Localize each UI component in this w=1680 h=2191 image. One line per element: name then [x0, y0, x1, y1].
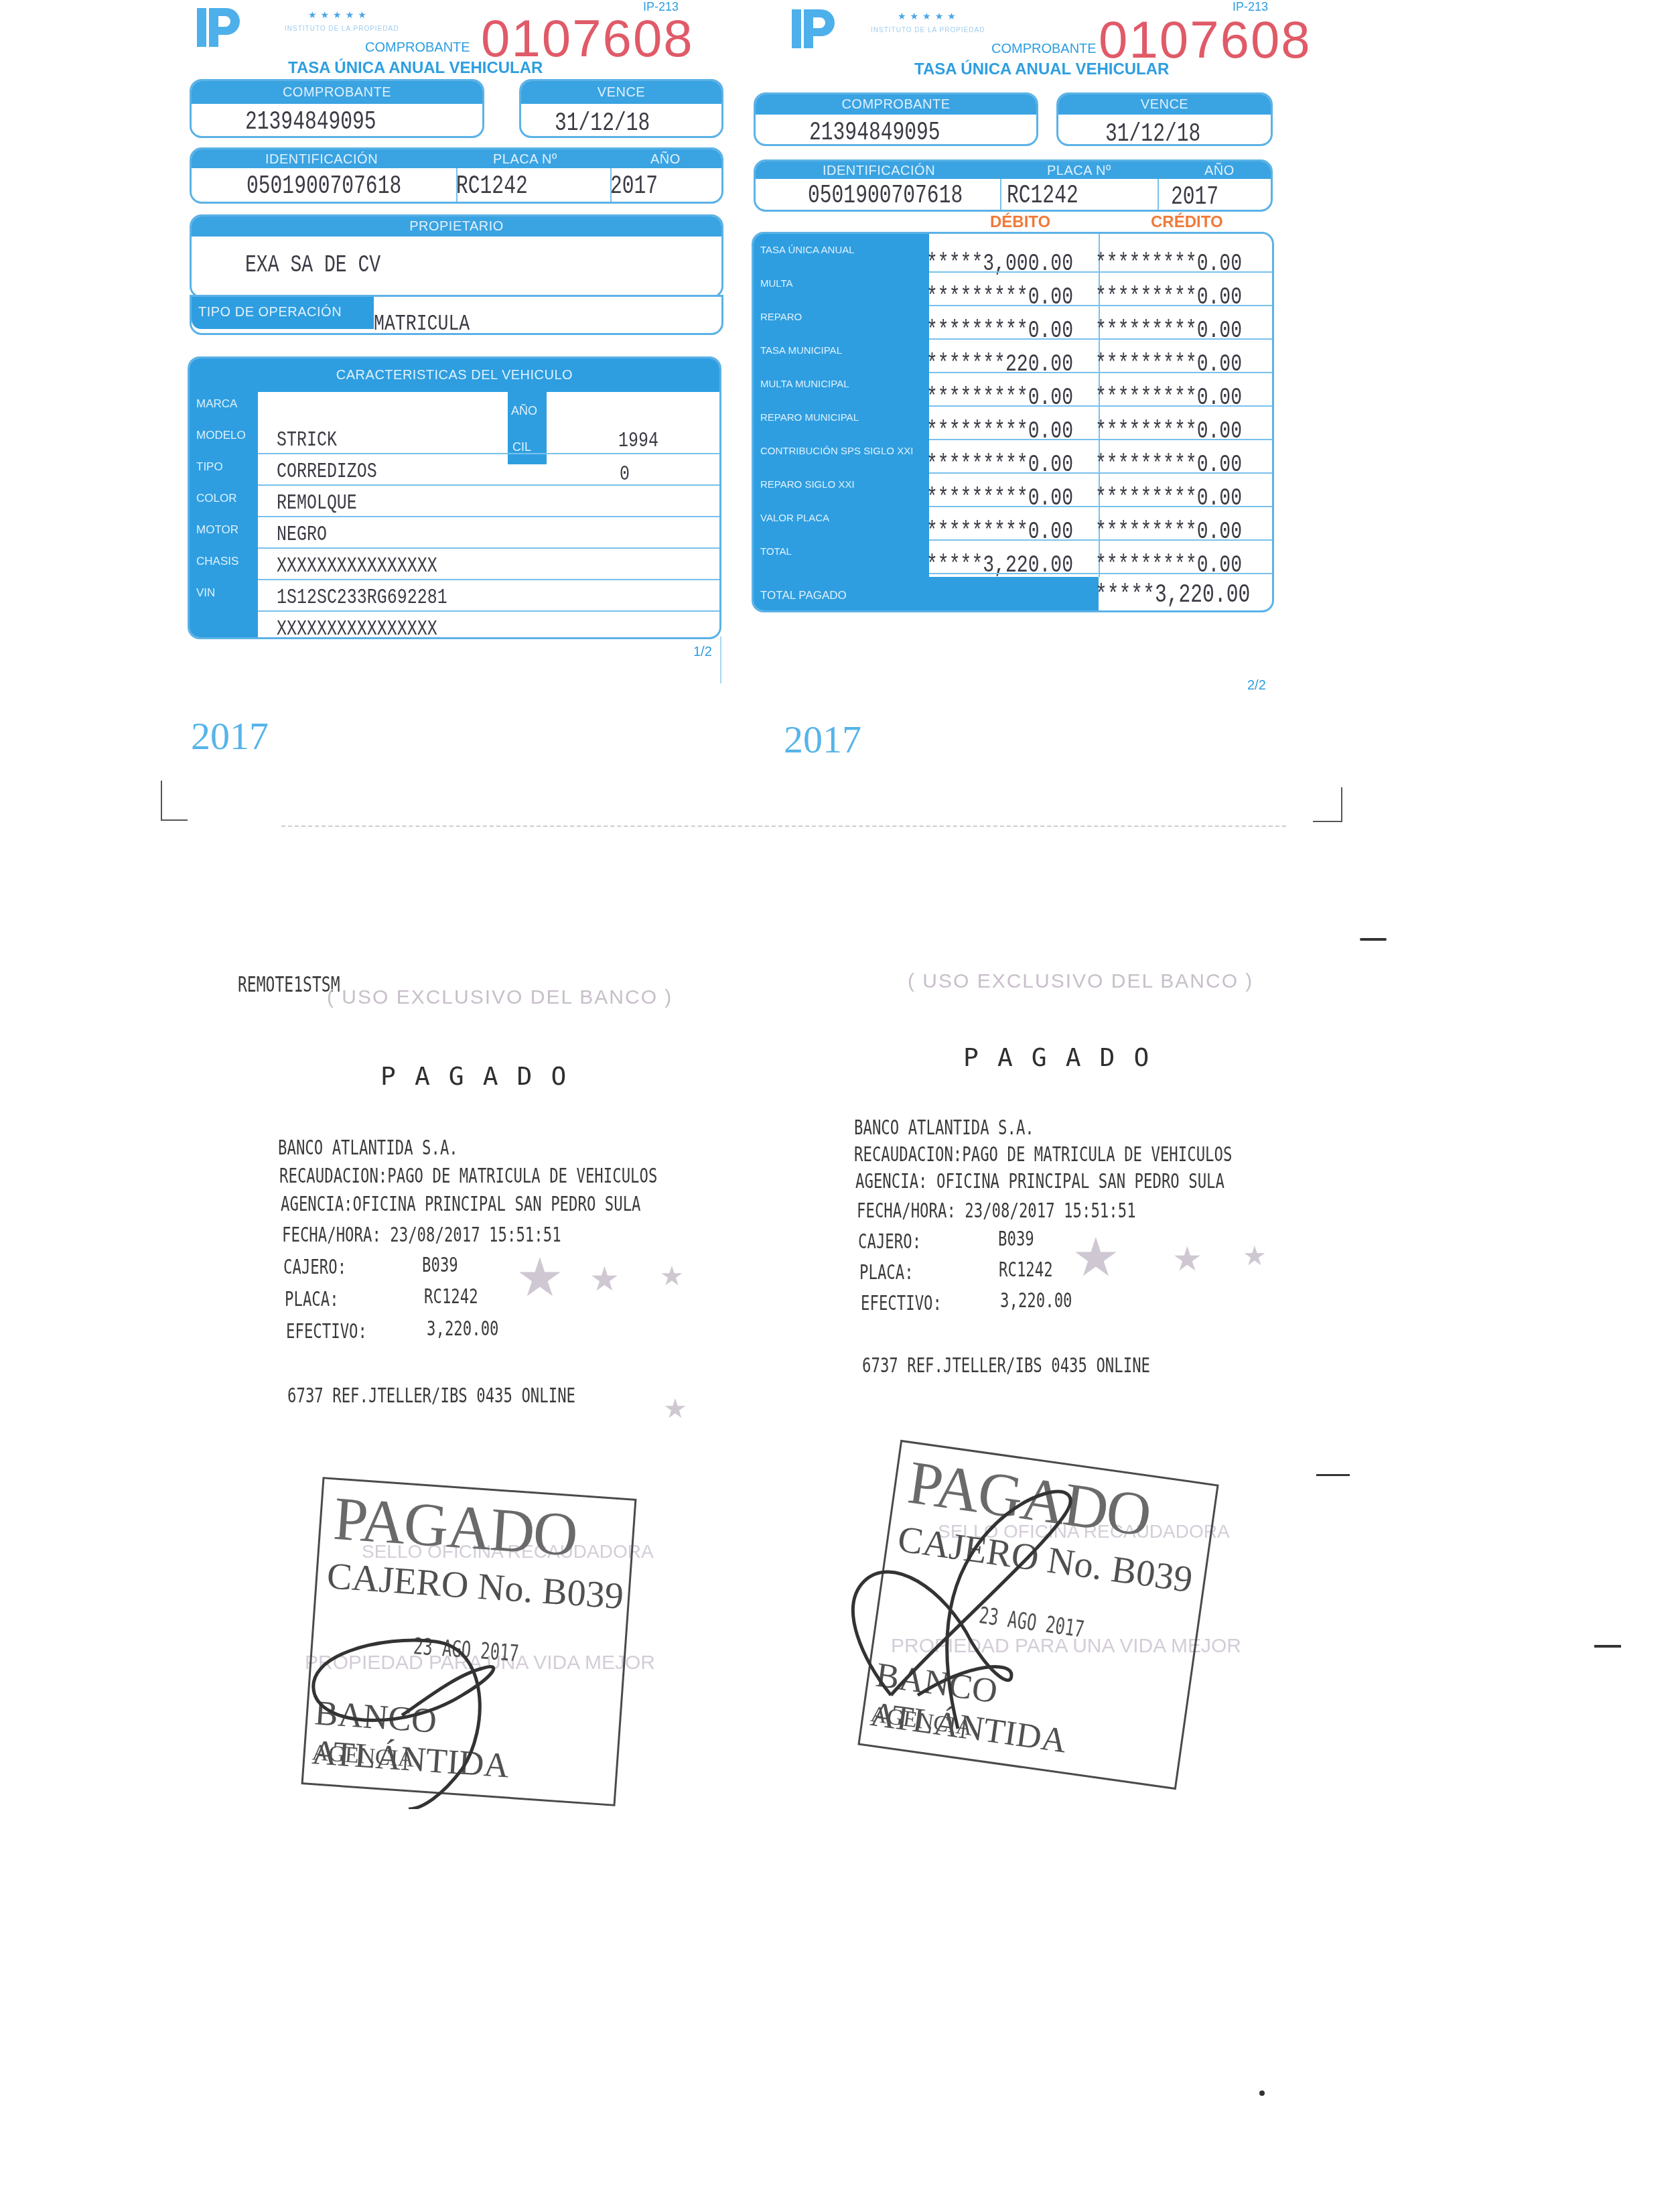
ledger-credito: *********0.00: [1095, 484, 1242, 512]
vehiculo-field-value: CORREDIZOS: [277, 459, 377, 484]
efectivo-value: 3,220.00: [427, 1317, 499, 1341]
vehiculo-field-label: MOTOR: [196, 523, 238, 537]
placa-label: PLACA Nº: [1047, 163, 1111, 179]
ledger-row-label: CONTRIBUCIÓN SPS SIGLO XXI: [760, 446, 913, 457]
ledger-debito: *****3,000.00: [926, 250, 1073, 277]
ledger-row-label: MULTA MUNICIPAL: [760, 379, 849, 390]
ledger-debito: *********0.00: [926, 518, 1073, 545]
vence-box: VENCE 31/12/18: [519, 79, 723, 138]
comprobante-label: COMPROBANTE: [365, 40, 470, 56]
ledger-row-label: REPARO MUNICIPAL: [760, 412, 859, 423]
ledger-row-label: REPARO: [760, 312, 802, 323]
vehiculo-field-label: VIN: [196, 586, 215, 600]
vehiculo-field-label: COLOR: [196, 492, 236, 505]
ledger-credito: *********0.00: [1095, 384, 1242, 411]
comprobante-label: COMPROBANTE: [991, 42, 1097, 57]
reference: 6737 REF.JTELLER/IBS 0435 ONLINE: [287, 1384, 575, 1408]
ledger-credito: *********0.00: [1095, 551, 1242, 579]
crop-mark: [161, 819, 188, 821]
vehiculo-anio-label: AÑO: [511, 404, 537, 418]
ledger-debito: *****3,220.00: [926, 551, 1073, 579]
star-icon: ★: [660, 1261, 684, 1292]
efectivo-label: EFECTIVO:: [286, 1319, 367, 1343]
vehiculo-field-value: 1S12SC233RG692281: [277, 585, 447, 610]
total-pagado-label: TOTAL PAGADO: [760, 589, 847, 602]
row-divider: [258, 484, 721, 486]
row-divider: [258, 516, 721, 517]
institution-name: INSTITUTO DE LA PROPIEDAD: [871, 27, 985, 34]
vehiculo-cil-label: CIL: [512, 440, 531, 454]
slip-line: AGENCIA:OFICINA PRINCIPAL SAN PEDRO SULA: [281, 1192, 641, 1216]
placa-label: PLACA Nº: [493, 152, 557, 168]
slip-line: AGENCIA: OFICINA PRINCIPAL SAN PEDRO SUL…: [855, 1169, 1224, 1193]
slip-line: BANCO ATLANTIDA S.A.: [854, 1116, 1034, 1140]
cut-line: [281, 825, 1286, 827]
star-icon: ★: [1172, 1240, 1202, 1278]
vehiculo-field-label: MODELO: [196, 429, 246, 442]
comprobante-box: COMPROBANTE 21394849095: [190, 79, 484, 138]
ledger-row-label: TASA ÚNICA ANUAL: [760, 245, 855, 256]
anio-label: AÑO: [650, 152, 681, 168]
vehiculo-anio-value: 1994: [618, 428, 658, 453]
ip-logo-icon: [789, 4, 845, 51]
scan-speck: [1360, 938, 1387, 941]
scan-speck: [1594, 1645, 1621, 1648]
terminal-id: REMOTE1STSM: [238, 972, 340, 997]
identificacion-value: 0501900707618: [808, 182, 963, 210]
vehiculo-field-value: XXXXXXXXXXXXXXXX: [277, 616, 437, 639]
ledger-debito: *********0.00: [926, 384, 1073, 411]
vehiculo-box: CARACTERISTICAS DEL VEHICULO AÑO CIL 199…: [188, 356, 721, 639]
star-icon: ★: [516, 1246, 564, 1309]
row-divider: [258, 453, 721, 454]
vence-box-label: VENCE: [1141, 97, 1188, 113]
reference: 6737 REF.JTELLER/IBS 0435 ONLINE: [862, 1353, 1150, 1378]
slip-line: FECHA/HORA: 23/08/2017 15:51:51: [282, 1223, 561, 1247]
anio-value: 2017: [610, 172, 658, 201]
efectivo-label: EFECTIVO:: [861, 1291, 942, 1315]
efectivo-value: 3,220.00: [1000, 1288, 1072, 1313]
slip-line: FECHA/HORA: 23/08/2017 15:51:51: [857, 1199, 1136, 1223]
star-icon: ★: [663, 1394, 687, 1424]
vehiculo-field-label: MARCA: [196, 397, 237, 411]
ledger-debito: *********0.00: [926, 317, 1073, 344]
identification-box: IDENTIFICACIÓN PLACA Nº AÑO 050190070761…: [190, 147, 723, 204]
placa-value: RC1242: [1007, 182, 1078, 210]
cajero-value: B039: [998, 1227, 1034, 1251]
year-watermark: 2017: [191, 714, 269, 758]
cajero-value: B039: [422, 1253, 458, 1277]
ledger-row-label: TOTAL: [760, 546, 792, 557]
vence-box: VENCE 31/12/18: [1056, 92, 1273, 146]
stars-icon: ★★★★★: [308, 9, 370, 21]
comprobante-value: 21394849095: [245, 108, 376, 137]
comprobante-box-label: COMPROBANTE: [841, 97, 950, 113]
crop-mark: [161, 781, 162, 821]
ip-logo-icon: [194, 3, 251, 50]
ledger-debito: *********0.00: [926, 283, 1073, 311]
propietario-label: PROPIETARIO: [409, 219, 504, 235]
comprobante-value: 21394849095: [809, 119, 940, 146]
vehiculo-field-label: TIPO: [196, 460, 223, 474]
page-indicator: 1/2: [693, 645, 712, 660]
ledger-debito: *********0.00: [926, 451, 1073, 478]
identificacion-value: 0501900707618: [247, 172, 401, 201]
row-divider: [258, 547, 721, 549]
ledger-debito: *******220.00: [926, 350, 1073, 378]
slip-line: RECAUDACION:PAGO DE MATRICULA DE VEHICUL…: [279, 1164, 657, 1188]
institution-name: INSTITUTO DE LA PROPIEDAD: [285, 25, 399, 33]
vence-value: 31/12/18: [555, 109, 650, 138]
propietario-value: EXA SA DE CV: [245, 251, 380, 279]
crop-mark: [1313, 821, 1342, 822]
identificacion-label: IDENTIFICACIÓN: [823, 163, 935, 179]
form-title: TASA ÚNICA ANUAL VEHICULAR: [288, 59, 543, 78]
propietario-box: PROPIETARIO EXA SA DE CV: [190, 214, 723, 298]
ledger-table: TASA ÚNICA ANUAL*****3,000.00*********0.…: [752, 232, 1274, 612]
tipo-operacion-label: TIPO DE OPERACIÓN: [198, 305, 342, 320]
vehiculo-title: CARACTERISTICAS DEL VEHICULO: [190, 368, 719, 383]
ledger-row-label: MULTA: [760, 278, 793, 289]
vence-box-label: VENCE: [598, 85, 645, 101]
crop-mark: [1341, 787, 1342, 822]
vehiculo-field-value: REMOLQUE: [277, 490, 357, 515]
form-title: TASA ÚNICA ANUAL VEHICULAR: [914, 60, 1169, 79]
star-icon: ★: [589, 1260, 620, 1299]
star-icon: ★: [1243, 1241, 1267, 1272]
vehiculo-cil-value: 0: [620, 462, 630, 486]
ledger-credito: *********0.00: [1095, 283, 1242, 311]
year-watermark: 2017: [784, 717, 861, 762]
slip-line: RECAUDACION:PAGO DE MATRICULA DE VEHICUL…: [854, 1142, 1232, 1167]
vehiculo-field-value: STRICK: [277, 427, 337, 452]
star-icon: ★: [1072, 1226, 1120, 1288]
vence-value: 31/12/18: [1105, 120, 1200, 146]
ledger-credito: *********0.00: [1095, 250, 1242, 277]
row-divider: [258, 610, 721, 612]
stars-icon: ★★★★★: [898, 11, 960, 22]
tipo-operacion-value: MATRICULA: [374, 312, 470, 335]
slip-line: BANCO ATLANTIDA S.A.: [278, 1136, 458, 1160]
scan-speck: [1259, 2090, 1265, 2096]
tipo-operacion-box: TIPO DE OPERACIÓN MATRICULA: [190, 295, 723, 335]
credito-label: CRÉDITO: [1151, 213, 1223, 232]
status-paid: PAGADO: [380, 1061, 585, 1091]
scan-speck: [1316, 1474, 1350, 1476]
ledger-credito: *********0.00: [1095, 317, 1242, 344]
ledger-credito: *********0.00: [1095, 350, 1242, 378]
ledger-credito: *********0.00: [1095, 451, 1242, 478]
identification-box: IDENTIFICACIÓN PLACA Nº AÑO 050190070761…: [754, 159, 1273, 212]
ledger-row-label: REPARO SIGLO XXI: [760, 479, 855, 490]
bank-use-only: ( USO EXCLUSIVO DEL BANCO ): [908, 970, 1253, 993]
ledger-debito: *********0.00: [926, 417, 1073, 445]
vehiculo-field-value: XXXXXXXXXXXXXXXX: [277, 553, 437, 578]
bank-use-only: ( USO EXCLUSIVO DEL BANCO ): [327, 986, 673, 1009]
ledger-debito: *********0.00: [926, 484, 1073, 512]
page-indicator: 2/2: [1247, 678, 1266, 693]
ledger-row-label: TASA MUNICIPAL: [760, 345, 842, 356]
anio-label: AÑO: [1204, 163, 1235, 179]
placa-value: RC1242: [999, 1258, 1053, 1282]
status-paid: PAGADO: [963, 1043, 1168, 1072]
signature-icon: [837, 1474, 1145, 1755]
comprobante-box-label: COMPROBANTE: [283, 85, 391, 101]
vehiculo-field-label: CHASIS: [196, 555, 238, 568]
cajero-label: CAJERO:: [283, 1255, 346, 1279]
comprobante-box: COMPROBANTE 21394849095: [754, 92, 1038, 146]
placa-label: PLACA:: [859, 1260, 914, 1284]
total-pagado-value: *****3,220.00: [1095, 581, 1250, 610]
vehiculo-field-value: NEGRO: [277, 522, 327, 547]
placa-label: PLACA:: [285, 1287, 339, 1311]
row-divider: [258, 579, 721, 580]
cajero-label: CAJERO:: [858, 1230, 921, 1254]
identificacion-label: IDENTIFICACIÓN: [265, 152, 378, 168]
debito-label: DÉBITO: [990, 213, 1050, 232]
ledger-credito: *********0.00: [1095, 518, 1242, 545]
ledger-row-label: VALOR PLACA: [760, 513, 829, 524]
signature-icon: [288, 1595, 569, 1809]
placa-value: RC1242: [456, 172, 528, 201]
placa-value: RC1242: [424, 1284, 478, 1309]
ledger-credito: *********0.00: [1095, 417, 1242, 445]
anio-value: 2017: [1171, 183, 1218, 212]
